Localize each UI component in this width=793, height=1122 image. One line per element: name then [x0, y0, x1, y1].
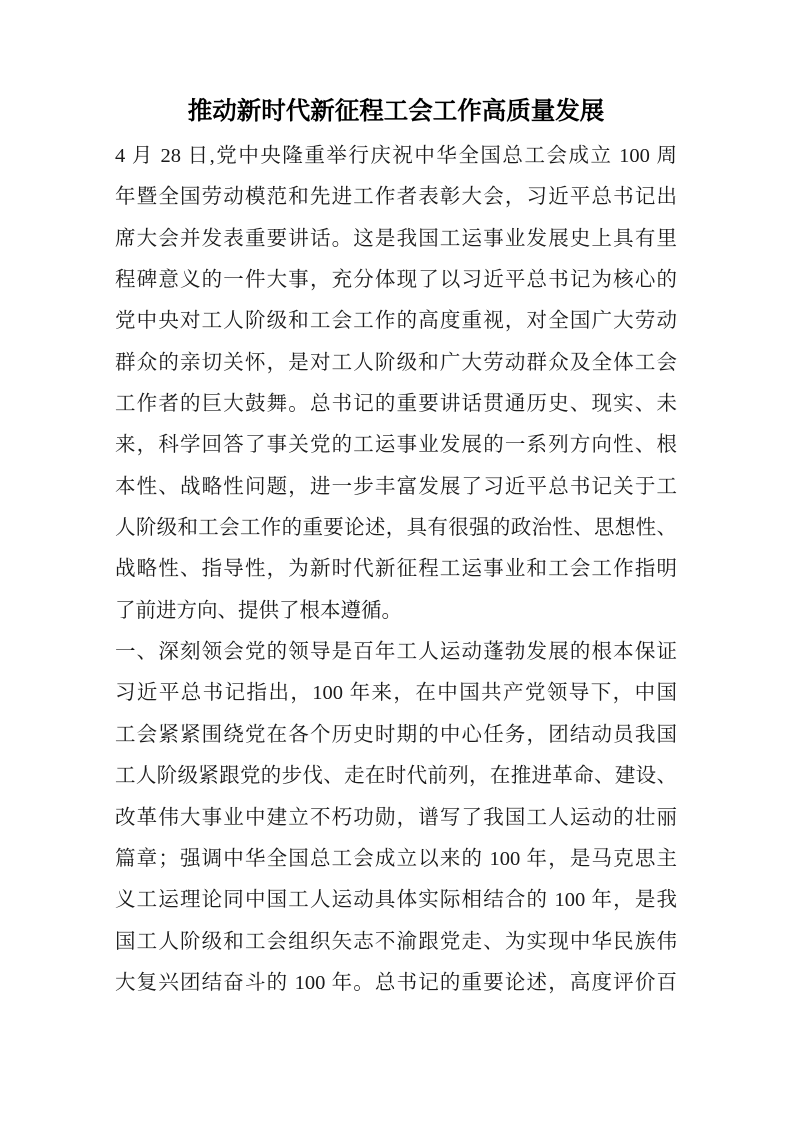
text-line: 工会紧紧围绕党在各个历史时期的中心任务，团结动员我国: [115, 715, 677, 756]
text-line: 人阶级和工会工作的重要论述，具有很强的政治性、思想性、: [115, 508, 677, 549]
document-page: 推动新时代新征程工会工作高质量发展 4 月 28 日,党中央隆重举行庆祝中华全国…: [0, 0, 793, 1122]
document-body: 4 月 28 日,党中央隆重举行庆祝中华全国总工会成立 100 周年暨全国劳动模…: [115, 136, 677, 1004]
text-line: 来，科学回答了事关党的工运事业发展的一系列方向性、根: [115, 425, 677, 466]
text-line: 战略性、指导性，为新时代新征程工运事业和工会工作指明: [115, 549, 677, 590]
text-line: 篇章；强调中华全国总工会成立以来的 100 年，是马克思主: [115, 839, 677, 880]
text-line: 工作者的巨大鼓舞。总书记的重要讲话贯通历史、现实、未: [115, 384, 677, 425]
text-line: 了前进方向、提供了根本遵循。: [115, 591, 677, 632]
text-line: 4 月 28 日,党中央隆重举行庆祝中华全国总工会成立 100 周: [115, 136, 677, 177]
text-line: 年暨全国劳动模范和先进工作者表彰大会，习近平总书记出: [115, 177, 677, 218]
text-line: 改革伟大事业中建立不朽功勋，谱写了我国工人运动的壮丽: [115, 798, 677, 839]
text-line: 大复兴团结奋斗的 100 年。总书记的重要论述，高度评价百: [115, 963, 677, 1004]
text-line: 群众的亲切关怀，是对工人阶级和广大劳动群众及全体工会: [115, 343, 677, 384]
text-line: 席大会并发表重要讲话。这是我国工运事业发展史上具有里: [115, 219, 677, 260]
text-line: 党中央对工人阶级和工会工作的高度重视，对全国广大劳动: [115, 301, 677, 342]
text-line: 程碑意义的一件大事，充分体现了以习近平总书记为核心的: [115, 260, 677, 301]
text-line: 一、深刻领会党的领导是百年工人运动蓬勃发展的根本保证: [115, 632, 677, 673]
text-line: 义工运理论同中国工人运动具体实际相结合的 100 年，是我: [115, 880, 677, 921]
text-line: 本性、战略性问题，进一步丰富发展了习近平总书记关于工: [115, 467, 677, 508]
document-title: 推动新时代新征程工会工作高质量发展: [115, 88, 677, 136]
document-content: 推动新时代新征程工会工作高质量发展 4 月 28 日,党中央隆重举行庆祝中华全国…: [115, 88, 677, 1004]
text-line: 国工人阶级和工会组织矢志不渝跟党走、为实现中华民族伟: [115, 922, 677, 963]
text-line: 习近平总书记指出，100 年来，在中国共产党领导下，中国: [115, 673, 677, 714]
text-line: 工人阶级紧跟党的步伐、走在时代前列，在推进革命、建设、: [115, 756, 677, 797]
